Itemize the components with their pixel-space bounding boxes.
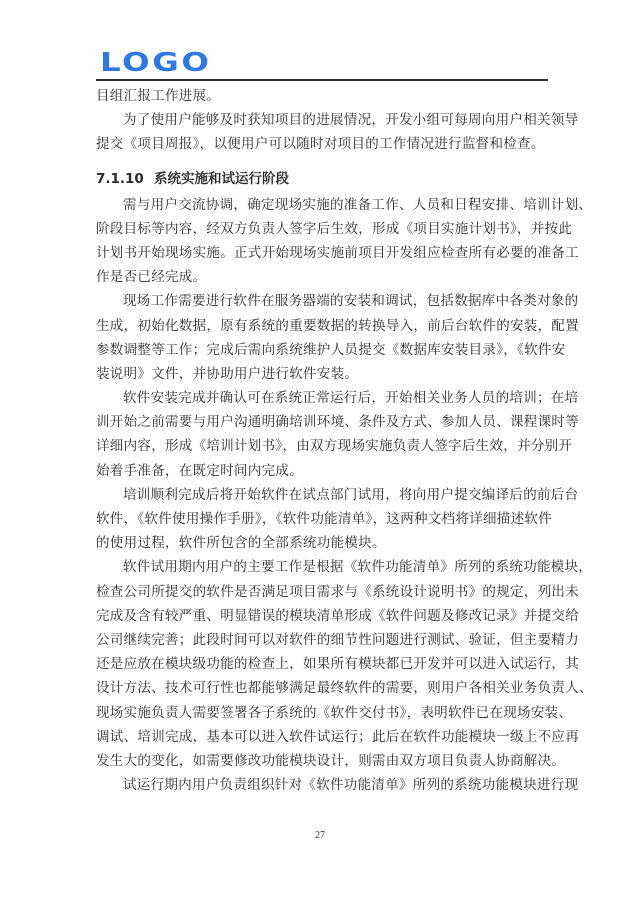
section-heading: 7.1.10系统实施和试运行阶段	[96, 157, 548, 193]
section-title: 系统实施和试运行阶段	[154, 171, 289, 187]
paragraph-line: 培训顺利完成后将开始软件在试点部门试用，将向用户提交编译后的前后台	[96, 483, 548, 507]
paragraph-line: 训开始之前需要与用户沟通明确培训环境、条件及方式、参加人员、课程课时等	[96, 410, 548, 434]
paragraph-line: 现场实施负责人需要签署各子系统的《软件交付书》，表明软件已在现场安装、	[96, 701, 548, 725]
paragraph: 现场工作需要进行软件在服务器端的安装和调试，包括数据库中各类对象的 生成，初始化…	[96, 289, 548, 386]
document-body: 目组汇报工作进展。 为了使用户能够及时获知项目的进展情况，开发小组可每周向用户相…	[96, 84, 548, 797]
paragraph: 软件安装完成并确认可在系统正常运行后，开始相关业务人员的培训；在培 训开始之前需…	[96, 386, 548, 483]
paragraph-line: 阶段目标等内容，经双方负责人签字后生效，形成《项目实施计划书》，并按此	[96, 217, 548, 241]
paragraph-line: 为了使用户能够及时获知项目的进展情况，开发小组可每周向用户相关领导	[96, 108, 548, 132]
paragraph-line: 装说明》文件，并协助用户进行软件安装。	[96, 362, 548, 386]
paragraph: 培训顺利完成后将开始软件在试点部门试用，将向用户提交编译后的前后台 软件，《软件…	[96, 483, 548, 556]
paragraph-line: 完成及含有较严重、明显错误的模块清单形成《软件问题及修改记录》并提交给	[96, 604, 548, 628]
paragraph-line: 软件，《软件使用操作手册》，《软件功能清单》，这两种文档将详细描述软件	[96, 507, 548, 531]
section-number: 7.1.10	[96, 167, 154, 191]
paragraph: 软件试用期内用户的主要工作是根据《软件功能清单》所列的系统功能模块， 检查公司所…	[96, 555, 548, 773]
page-number: 27	[0, 830, 640, 841]
paragraph-line: 计划书开始现场实施。正式开始现场实施前项目开发组应检查所有必要的准备工	[96, 241, 548, 265]
paragraph-line: 目组汇报工作进展。	[96, 84, 548, 108]
paragraph-line: 还是应放在模块级功能的检查上，如果所有模块都已开发并可以进入试运行，其	[96, 652, 548, 676]
paragraph: 需与用户交流协调，确定现场实施的准备工作、人员和日程安排、培训计划、 阶段目标等…	[96, 193, 548, 290]
paragraph-line: 生成，初始化数据，原有系统的重要数据的转换导入，前后台软件的安装，配置	[96, 314, 548, 338]
paragraph-line: 始着手准备，在既定时间内完成。	[96, 459, 548, 483]
paragraph-line: 检查公司所提交的软件是否满足项目需求与《系统设计说明书》的规定，列出未	[96, 580, 548, 604]
logo: LOGO	[100, 50, 211, 76]
header-rule	[96, 79, 548, 81]
paragraph-line: 需与用户交流协调，确定现场实施的准备工作、人员和日程安排、培训计划、	[96, 193, 548, 217]
paragraph-line: 公司继续完善；此段时间可以对软件的细节性问题进行测试、验证，但主要精力	[96, 628, 548, 652]
paragraph: 试运行期内用户负责组织针对《软件功能清单》所列的系统功能模块进行现	[96, 773, 548, 797]
paragraph-line: 发生大的变化，如需要修改功能模块设计，则需由双方项目负责人协商解决。	[96, 749, 548, 773]
paragraph-line: 软件安装完成并确认可在系统正常运行后，开始相关业务人员的培训；在培	[96, 386, 548, 410]
paragraph-line: 现场工作需要进行软件在服务器端的安装和调试，包括数据库中各类对象的	[96, 289, 548, 313]
paragraph-line: 试运行期内用户负责组织针对《软件功能清单》所列的系统功能模块进行现	[96, 773, 548, 797]
paragraph-line: 作是否已经完成。	[96, 265, 548, 289]
paragraph-line: 调试、培训完成，基本可以进入软件试运行；此后在软件功能模块一级上不应再	[96, 725, 548, 749]
paragraph: 为了使用户能够及时获知项目的进展情况，开发小组可每周向用户相关领导 提交《项目周…	[96, 108, 548, 156]
paragraph-line: 参数调整等工作；完成后需向系统维护人员提交《数据库安装目录》，《软件安	[96, 338, 548, 362]
paragraph-line: 设计方法、技术可行性也都能够满足最终软件的需要，则用户各相关业务负责人、	[96, 676, 548, 700]
paragraph-line: 软件试用期内用户的主要工作是根据《软件功能清单》所列的系统功能模块，	[96, 555, 548, 579]
paragraph-line: 详细内容，形成《培训计划书》，由双方现场实施负责人签字后生效，并分别开	[96, 434, 548, 458]
paragraph-line: 的使用过程，软件所包含的全部系统功能模块。	[96, 531, 548, 555]
paragraph-line: 提交《项目周报》，以便用户可以随时对项目的工作情况进行监督和检查。	[96, 132, 548, 156]
